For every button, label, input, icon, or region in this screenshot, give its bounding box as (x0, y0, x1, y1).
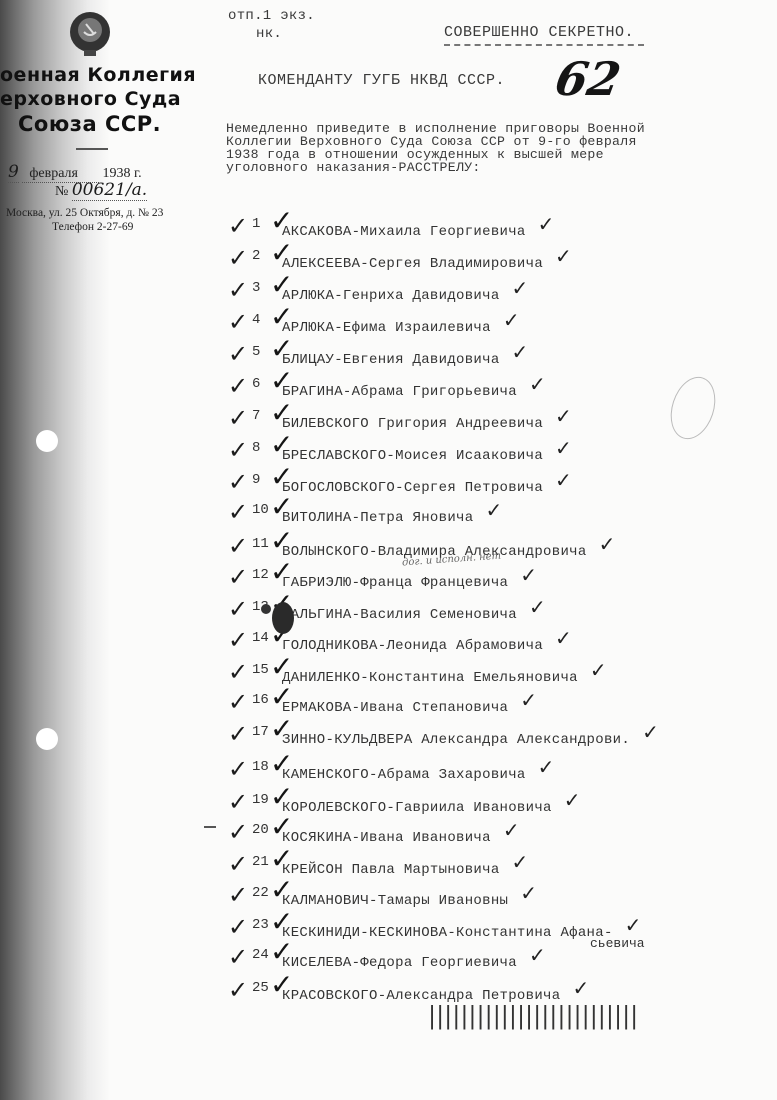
check-mark-icon: ✓ (555, 468, 572, 492)
person-name: КАМЕНСКОГО-Абрама Захаровича (282, 767, 526, 783)
person-name: КАЛМАНОВИЧ-Тамары Ивановны (282, 893, 508, 909)
list-item: ✓14✓ГОЛОДНИКОВА-Леонида Абрамовича✓ (0, 628, 777, 652)
number-value: 00621/а. (72, 180, 147, 201)
check-mark-icon: ✓ (228, 788, 248, 816)
list-item-number: 21 (252, 854, 269, 870)
list-item-name: ГАЛЬГИНА-Василия Семеновича✓ (282, 599, 546, 623)
list-item-name: ДАНИЛЕНКО-Константина Емельяновича✓ (282, 662, 607, 686)
list-item-number: 8 (252, 440, 260, 456)
list-item-number: 2 (252, 248, 260, 264)
list-item-name: КАЛМАНОВИЧ-Тамары Ивановны✓ (282, 885, 537, 909)
person-name: БРЕСЛАВСКОГО-Моисея Исааковича (282, 448, 543, 464)
list-item-number: 14 (252, 630, 269, 646)
list-item: ✓21✓КРЕЙСОН Павла Мартыновича✓ (0, 852, 777, 876)
check-mark-icon: ✓ (228, 850, 248, 878)
check-mark-icon: ✓ (228, 881, 248, 909)
check-mark-icon: ✓ (228, 818, 248, 846)
check-mark-icon: ✓ (503, 818, 520, 842)
list-item-number: 9 (252, 472, 260, 488)
check-mark-icon: ✓ (485, 498, 502, 522)
list-item: ✓9✓БОГОСЛОВСКОГО-Сергея Петровича✓ (0, 470, 777, 494)
order-text: Немедленно приведите в исполнение пригов… (226, 122, 676, 174)
list-item: ✓7✓БИЛЕВСКОГО Григория Андреевича✓ (0, 406, 777, 430)
person-name: КИСЕЛЕВА-Федора Георгиевича (282, 955, 517, 971)
person-name: АРЛЮКА-Ефима Израилевича (282, 320, 491, 336)
classification-underline (444, 44, 644, 46)
closing-strike-marks: |||||||||||||||||||||||||| (428, 1002, 638, 1030)
letterhead-number: № 00621/а. (55, 180, 147, 200)
check-mark-icon: ✓ (555, 626, 572, 650)
person-name: БОГОСЛОВСКОГО-Сергея Петровича (282, 480, 543, 496)
check-mark-icon: ✓ (529, 943, 546, 967)
list-item-name: ГАБРИЭЛЮ-Франца Францевича✓ (282, 567, 537, 591)
person-name: ВИТОЛИНА-Петра Яновича (282, 510, 473, 526)
list-item-number: 20 (252, 822, 269, 838)
person-name: БРАГИНА-Абрама Григорьевича (282, 384, 517, 400)
check-mark-icon: ✓ (564, 788, 581, 812)
copy-note-line-1: отп.1 экз. (228, 8, 315, 24)
list-item-number: 11 (252, 536, 269, 552)
list-item-number: 18 (252, 759, 269, 775)
check-mark-icon: ✓ (625, 913, 642, 937)
person-name: АЛЕКСЕЕВА-Сергея Владимировича (282, 256, 543, 272)
check-mark-icon: ✓ (520, 563, 537, 587)
list-item: ✓8✓БРЕСЛАВСКОГО-Моисея Исааковича✓ (0, 438, 777, 462)
person-name: ГОЛОДНИКОВА-Леонида Абрамовича (282, 638, 543, 654)
list-item-number: 3 (252, 280, 260, 296)
list-item: ✓22✓КАЛМАНОВИЧ-Тамары Ивановны✓ (0, 883, 777, 907)
check-mark-icon: ✓ (228, 340, 248, 368)
check-mark-icon: ✓ (642, 720, 659, 744)
list-item: ✓23✓КЕСКИНИДИ-КЕСКИНОВА-Константина Афан… (0, 915, 777, 939)
list-item: ✓12✓ГАБРИЭЛЮ-Франца Францевича✓ (0, 565, 777, 589)
check-mark-icon: ✓ (228, 913, 248, 941)
list-item-name: БОГОСЛОВСКОГО-Сергея Петровича✓ (282, 472, 572, 496)
list-item-name: ВИТОЛИНА-Петра Яновича✓ (282, 502, 503, 526)
list-item-23-continuation: сьевича (590, 936, 645, 951)
letterhead-divider (76, 148, 108, 150)
list-item-number: 23 (252, 917, 269, 933)
check-mark-icon: ✓ (228, 468, 248, 496)
list-item-name: АЛЕКСЕЕВА-Сергея Владимировича✓ (282, 248, 572, 272)
ussr-coat-of-arms-icon (64, 8, 116, 60)
check-mark-icon: ✓ (228, 308, 248, 336)
list-item-name: КЕСКИНИДИ-КЕСКИНОВА-Константина Афана-✓ (282, 917, 642, 941)
person-name: КОРОЛЕВСКОГО-Гавриила Ивановича (282, 800, 552, 816)
check-mark-icon: ✓ (228, 212, 248, 240)
list-item: ✓15✓ДАНИЛЕНКО-Константина Емельяновича✓ (0, 660, 777, 684)
list-item: ✓10✓ВИТОЛИНА-Петра Яновича✓ (0, 500, 777, 524)
check-mark-icon: ✓ (555, 436, 572, 460)
margin-dash-mark (204, 826, 216, 828)
list-item: ✓2✓АЛЕКСЕЕВА-Сергея Владимировича✓ (0, 246, 777, 270)
check-mark-icon: ✓ (228, 276, 248, 304)
list-item: ✓16✓ЕРМАКОВА-Ивана Степановича✓ (0, 690, 777, 714)
check-mark-icon: ✓ (228, 436, 248, 464)
list-item-name: БРЕСЛАВСКОГО-Моисея Исааковича✓ (282, 440, 572, 464)
check-mark-icon: ✓ (228, 532, 248, 560)
list-item-name: ЗИННО-КУЛЬДВЕРА Александра Александрови.… (282, 724, 659, 748)
list-item-number: 6 (252, 376, 260, 392)
list-item-number: 22 (252, 885, 269, 901)
list-item-name: АРЛЮКА-Ефима Израилевича✓ (282, 312, 520, 336)
list-item-number: 1 (252, 216, 260, 232)
list-item-number: 17 (252, 724, 269, 740)
list-item: ✓24✓КИСЕЛЕВА-Федора Георгиевича✓ (0, 945, 777, 969)
letterhead-line-2: ерховного Суда (0, 88, 181, 110)
check-mark-icon: ✓ (520, 688, 537, 712)
list-item: ✓13✓ГАЛЬГИНА-Василия Семеновича✓ (0, 597, 777, 621)
list-item: ✓19✓КОРОЛЕВСКОГО-Гавриила Ивановича✓ (0, 790, 777, 814)
list-item: ✓18✓КАМЕНСКОГО-Абрама Захаровича✓ (0, 757, 777, 781)
list-item-name: АРЛЮКА-Генриха Давидовича✓ (282, 280, 529, 304)
list-item-number: 7 (252, 408, 260, 424)
ink-blot (272, 602, 294, 634)
check-mark-icon: ✓ (228, 244, 248, 272)
check-mark-icon: ✓ (572, 976, 589, 1000)
check-mark-icon: ✓ (228, 755, 248, 783)
check-mark-icon: ✓ (555, 404, 572, 428)
list-item: ✓17✓ЗИННО-КУЛЬДВЕРА Александра Александр… (0, 722, 777, 746)
list-item-name: БЛИЦАУ-Евгения Давидовича✓ (282, 344, 529, 368)
check-mark-icon: ✓ (228, 595, 248, 623)
check-mark-icon: ✓ (228, 563, 248, 591)
list-item-number: 19 (252, 792, 269, 808)
check-mark-icon: ✓ (228, 626, 248, 654)
list-item-name: КАМЕНСКОГО-Абрама Захаровича✓ (282, 759, 555, 783)
check-mark-icon: ✓ (228, 720, 248, 748)
person-name: КЕСКИНИДИ-КЕСКИНОВА-Константина Афана- (282, 925, 613, 941)
check-mark-icon: ✓ (503, 308, 520, 332)
person-name: БИЛЕВСКОГО Григория Андреевича (282, 416, 543, 432)
list-item: ✓5✓БЛИЦАУ-Евгения Давидовича✓ (0, 342, 777, 366)
check-mark-icon: ✓ (228, 976, 248, 1004)
list-item-name: КРАСОВСКОГО-Александра Петровича✓ (282, 980, 590, 1004)
check-mark-icon: ✓ (228, 498, 248, 526)
list-item-name: БИЛЕВСКОГО Григория Андреевича✓ (282, 408, 572, 432)
check-mark-icon: ✓ (529, 372, 546, 396)
list-item: ✓25✓КРАСОВСКОГО-Александра Петровича✓ (0, 978, 777, 1002)
person-name: КРЕЙСОН Павла Мартыновича (282, 862, 500, 878)
date-day: 9 (8, 162, 19, 183)
list-item-number: 24 (252, 947, 269, 963)
list-item: ✓4✓АРЛЮКА-Ефима Израилевича✓ (0, 310, 777, 334)
check-mark-icon: ✓ (512, 276, 529, 300)
list-item-name: АКСАКОВА-Михаила Георгиевича✓ (282, 216, 555, 240)
list-item-name: КРЕЙСОН Павла Мартыновича✓ (282, 854, 529, 878)
list-item: ✓11✓ВОЛЫНСКОГО-Владимира Александровича✓ (0, 534, 777, 558)
check-mark-icon: ✓ (512, 850, 529, 874)
person-name: ЗИННО-КУЛЬДВЕРА Александра Александрови. (282, 732, 630, 748)
addressee: КОМЕНДАНТУ ГУГБ НКВД СССР. (258, 72, 505, 89)
list-item-name: БРАГИНА-Абрама Григорьевича✓ (282, 376, 546, 400)
letterhead-line-1: оенная Коллегия (0, 64, 196, 86)
check-mark-icon: ✓ (555, 244, 572, 268)
check-mark-icon: ✓ (520, 881, 537, 905)
ink-blot (261, 604, 271, 614)
person-name: ГАЛЬГИНА-Василия Семеновича (282, 607, 517, 623)
letterhead-line-3: Союза ССР. (18, 112, 161, 136)
list-item: ✓3✓АРЛЮКА-Генриха Давидовича✓ (0, 278, 777, 302)
person-name: ЕРМАКОВА-Ивана Степановича (282, 700, 508, 716)
list-item-number: 16 (252, 692, 269, 708)
check-mark-icon: ✓ (512, 340, 529, 364)
list-item: ✓6✓БРАГИНА-Абрама Григорьевича✓ (0, 374, 777, 398)
list-item-number: 4 (252, 312, 260, 328)
check-mark-icon: ✓ (228, 372, 248, 400)
check-mark-icon: ✓ (538, 755, 555, 779)
date-year: 1938 г. (103, 166, 142, 181)
handwritten-page-number: 62 (551, 52, 625, 106)
date-month: февраля (29, 166, 78, 181)
list-item-name: КОСЯКИНА-Ивана Ивановича✓ (282, 822, 520, 846)
list-item: ✓1✓АКСАКОВА-Михаила Георгиевича✓ (0, 214, 777, 238)
classification-stamp: СОВЕРШЕННО СЕКРЕТНО. (444, 24, 634, 41)
copy-note-line-2: нк. (256, 26, 282, 42)
check-mark-icon: ✓ (529, 595, 546, 619)
number-prefix: № (55, 184, 68, 199)
person-name: КОСЯКИНА-Ивана Ивановича (282, 830, 491, 846)
check-mark-icon: ✓ (599, 532, 616, 556)
person-name: БЛИЦАУ-Евгения Давидовича (282, 352, 500, 368)
check-mark-icon: ✓ (228, 658, 248, 686)
list-item-name: ГОЛОДНИКОВА-Леонида Абрамовича✓ (282, 630, 572, 654)
person-name: АРЛЮКА-Генриха Давидовича (282, 288, 500, 304)
list-item-name: ЕРМАКОВА-Ивана Степановича✓ (282, 692, 537, 716)
list-item-name: КИСЕЛЕВА-Федора Георгиевича✓ (282, 947, 546, 971)
list-item: ✓20✓КОСЯКИНА-Ивана Ивановича✓ (0, 820, 777, 844)
person-name: ДАНИЛЕНКО-Константина Емельяновича (282, 670, 578, 686)
person-name: АКСАКОВА-Михаила Георгиевича (282, 224, 526, 240)
check-mark-icon: ✓ (538, 212, 555, 236)
list-item-number: 15 (252, 662, 269, 678)
check-mark-icon: ✓ (228, 943, 248, 971)
check-mark-icon: ✓ (228, 404, 248, 432)
list-item-number: 12 (252, 567, 269, 583)
list-item-name: КОРОЛЕВСКОГО-Гавриила Ивановича✓ (282, 792, 581, 816)
list-item-number: 10 (252, 502, 269, 518)
list-item-number: 5 (252, 344, 260, 360)
check-mark-icon: ✓ (228, 688, 248, 716)
list-item-number: 25 (252, 980, 269, 996)
person-name: ГАБРИЭЛЮ-Франца Францевича (282, 575, 508, 591)
check-mark-icon: ✓ (590, 658, 607, 682)
